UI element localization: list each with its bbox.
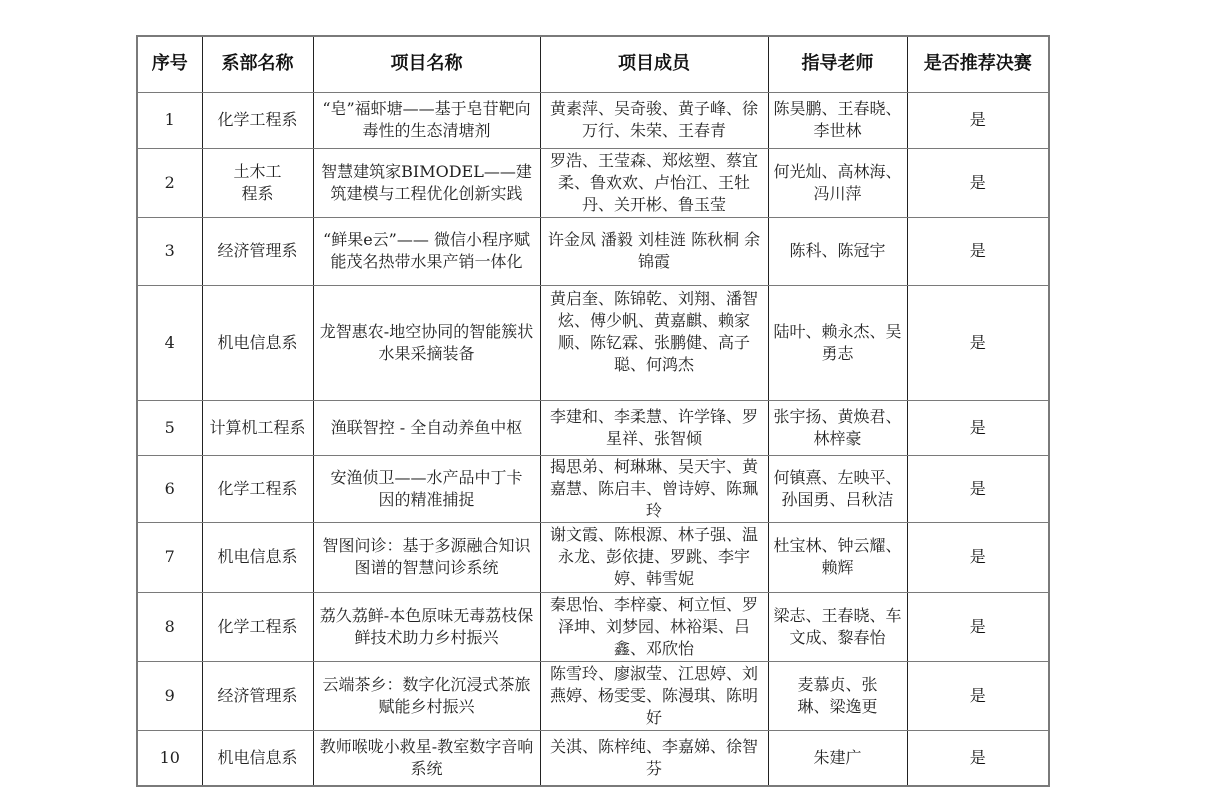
cell-department: 化学工程系 (202, 92, 313, 148)
cell-recommend: 是 (907, 661, 1049, 730)
recommendation-table: 序号 系部名称 项目名称 项目成员 指导老师 是否推荐决赛 1 化学工程系 “皂… (136, 35, 1050, 787)
cell-teacher: 陈昊鹏、王春晓、李世林 (768, 92, 907, 148)
cell-project: 教师喉咙小救星-教室数字音响系统 (313, 730, 540, 786)
cell-members: 关淇、陈梓纯、李嘉娣、徐智芬 (540, 730, 768, 786)
cell-members: 罗浩、王莹森、郑炫塑、蔡宜柔、鲁欢欢、卢怡江、王牡丹、关开彬、鲁玉莹 (540, 148, 768, 217)
cell-department: 化学工程系 (202, 455, 313, 522)
header-recommend: 是否推荐决赛 (907, 36, 1049, 92)
cell-project: “鲜果e云”—— 微信小程序赋能茂名热带水果产销一体化 (313, 217, 540, 285)
cell-teacher: 何光灿、高林海、冯川萍 (768, 148, 907, 217)
cell-department: 经济管理系 (202, 217, 313, 285)
cell-index: 4 (137, 285, 202, 400)
header-project: 项目名称 (313, 36, 540, 92)
cell-department: 经济管理系 (202, 661, 313, 730)
cell-project: 渔联智控 - 全自动养鱼中枢 (313, 400, 540, 455)
cell-teacher: 梁志、王春晓、车文成、黎春怡 (768, 592, 907, 661)
cell-teacher: 陆叶、赖永杰、吴勇志 (768, 285, 907, 400)
cell-department: 土木工程系 (202, 148, 313, 217)
cell-teacher: 陈科、陈冠宇 (768, 217, 907, 285)
table-row: 8 化学工程系 荔久荔鲜-本色原味无毒荔枝保鲜技术助力乡村振兴 秦思怡、李梓豪、… (137, 592, 1049, 661)
cell-department: 计算机工程系 (202, 400, 313, 455)
cell-recommend: 是 (907, 92, 1049, 148)
cell-department: 化学工程系 (202, 592, 313, 661)
cell-teacher: 麦慕贞、张琳、梁逸更 (768, 661, 907, 730)
table-row: 3 经济管理系 “鲜果e云”—— 微信小程序赋能茂名热带水果产销一体化 许金凤 … (137, 217, 1049, 285)
cell-recommend: 是 (907, 522, 1049, 592)
cell-project: 智图问诊：基于多源融合知识图谱的智慧问诊系统 (313, 522, 540, 592)
cell-project: 龙智惠农-地空协同的智能簇状水果采摘装备 (313, 285, 540, 400)
cell-teacher: 朱建广 (768, 730, 907, 786)
cell-members: 李建和、李柔慧、许学锋、罗星祥、张智倾 (540, 400, 768, 455)
table-row: 5 计算机工程系 渔联智控 - 全自动养鱼中枢 李建和、李柔慧、许学锋、罗星祥、… (137, 400, 1049, 455)
cell-members: 秦思怡、李梓豪、柯立恒、罗泽坤、刘梦园、林裕渠、吕鑫、邓欣怡 (540, 592, 768, 661)
cell-recommend: 是 (907, 285, 1049, 400)
cell-index: 8 (137, 592, 202, 661)
table-row: 7 机电信息系 智图问诊：基于多源融合知识图谱的智慧问诊系统 谢文霞、陈根源、林… (137, 522, 1049, 592)
cell-recommend: 是 (907, 148, 1049, 217)
cell-teacher: 杜宝林、钟云耀、赖辉 (768, 522, 907, 592)
cell-recommend: 是 (907, 217, 1049, 285)
cell-members: 陈雪玲、廖淑莹、江思婷、刘燕婷、杨雯雯、陈漫琪、陈明好 (540, 661, 768, 730)
cell-members: 揭思弟、柯琳琳、吴天宇、黄嘉慧、陈启丰、曾诗婷、陈珮玲 (540, 455, 768, 522)
table-row: 4 机电信息系 龙智惠农-地空协同的智能簇状水果采摘装备 黄启奎、陈锦乾、刘翔、… (137, 285, 1049, 400)
header-row: 序号 系部名称 项目名称 项目成员 指导老师 是否推荐决赛 (137, 36, 1049, 92)
cell-recommend: 是 (907, 730, 1049, 786)
cell-index: 3 (137, 217, 202, 285)
cell-members: 许金凤 潘毅 刘桂涟 陈秋桐 余锦霞 (540, 217, 768, 285)
cell-project: 智慧建筑家BIMODEL——建筑建模与工程优化创新实践 (313, 148, 540, 217)
cell-index: 10 (137, 730, 202, 786)
cell-index: 2 (137, 148, 202, 217)
header-teacher: 指导老师 (768, 36, 907, 92)
cell-project: 荔久荔鲜-本色原味无毒荔枝保鲜技术助力乡村振兴 (313, 592, 540, 661)
cell-index: 7 (137, 522, 202, 592)
cell-index: 6 (137, 455, 202, 522)
cell-index: 5 (137, 400, 202, 455)
cell-members: 黄素萍、吴奇骏、黄子峰、徐万行、朱荣、王春青 (540, 92, 768, 148)
cell-department: 机电信息系 (202, 730, 313, 786)
header-index: 序号 (137, 36, 202, 92)
cell-index: 9 (137, 661, 202, 730)
table-row: 10 机电信息系 教师喉咙小救星-教室数字音响系统 关淇、陈梓纯、李嘉娣、徐智芬… (137, 730, 1049, 786)
cell-members: 谢文霞、陈根源、林子强、温永龙、彭依捷、罗跳、李宇婷、韩雪妮 (540, 522, 768, 592)
table-row: 6 化学工程系 安渔侦卫——水产品中丁卡因的精准捕捉 揭思弟、柯琳琳、吴天宇、黄… (137, 455, 1049, 522)
cell-teacher: 张宇扬、黄焕君、林梓豪 (768, 400, 907, 455)
cell-project: “皂”福虾塘——基于皂苷靶向毒性的生态清塘剂 (313, 92, 540, 148)
table-row: 9 经济管理系 云端茶乡：数字化沉浸式茶旅赋能乡村振兴 陈雪玲、廖淑莹、江思婷、… (137, 661, 1049, 730)
header-department: 系部名称 (202, 36, 313, 92)
cell-recommend: 是 (907, 592, 1049, 661)
header-members: 项目成员 (540, 36, 768, 92)
cell-recommend: 是 (907, 400, 1049, 455)
cell-teacher: 何镇熹、左映平、孙国勇、吕秋洁 (768, 455, 907, 522)
cell-project: 云端茶乡：数字化沉浸式茶旅赋能乡村振兴 (313, 661, 540, 730)
cell-index: 1 (137, 92, 202, 148)
table-row: 2 土木工程系 智慧建筑家BIMODEL——建筑建模与工程优化创新实践 罗浩、王… (137, 148, 1049, 217)
table-row: 1 化学工程系 “皂”福虾塘——基于皂苷靶向毒性的生态清塘剂 黄素萍、吴奇骏、黄… (137, 92, 1049, 148)
cell-members: 黄启奎、陈锦乾、刘翔、潘智炫、傅少帆、黄嘉麒、赖家顺、陈钇霖、张鹏健、高子聪、何… (540, 285, 768, 400)
cell-recommend: 是 (907, 455, 1049, 522)
cell-department: 机电信息系 (202, 522, 313, 592)
cell-department: 机电信息系 (202, 285, 313, 400)
cell-project: 安渔侦卫——水产品中丁卡因的精准捕捉 (313, 455, 540, 522)
